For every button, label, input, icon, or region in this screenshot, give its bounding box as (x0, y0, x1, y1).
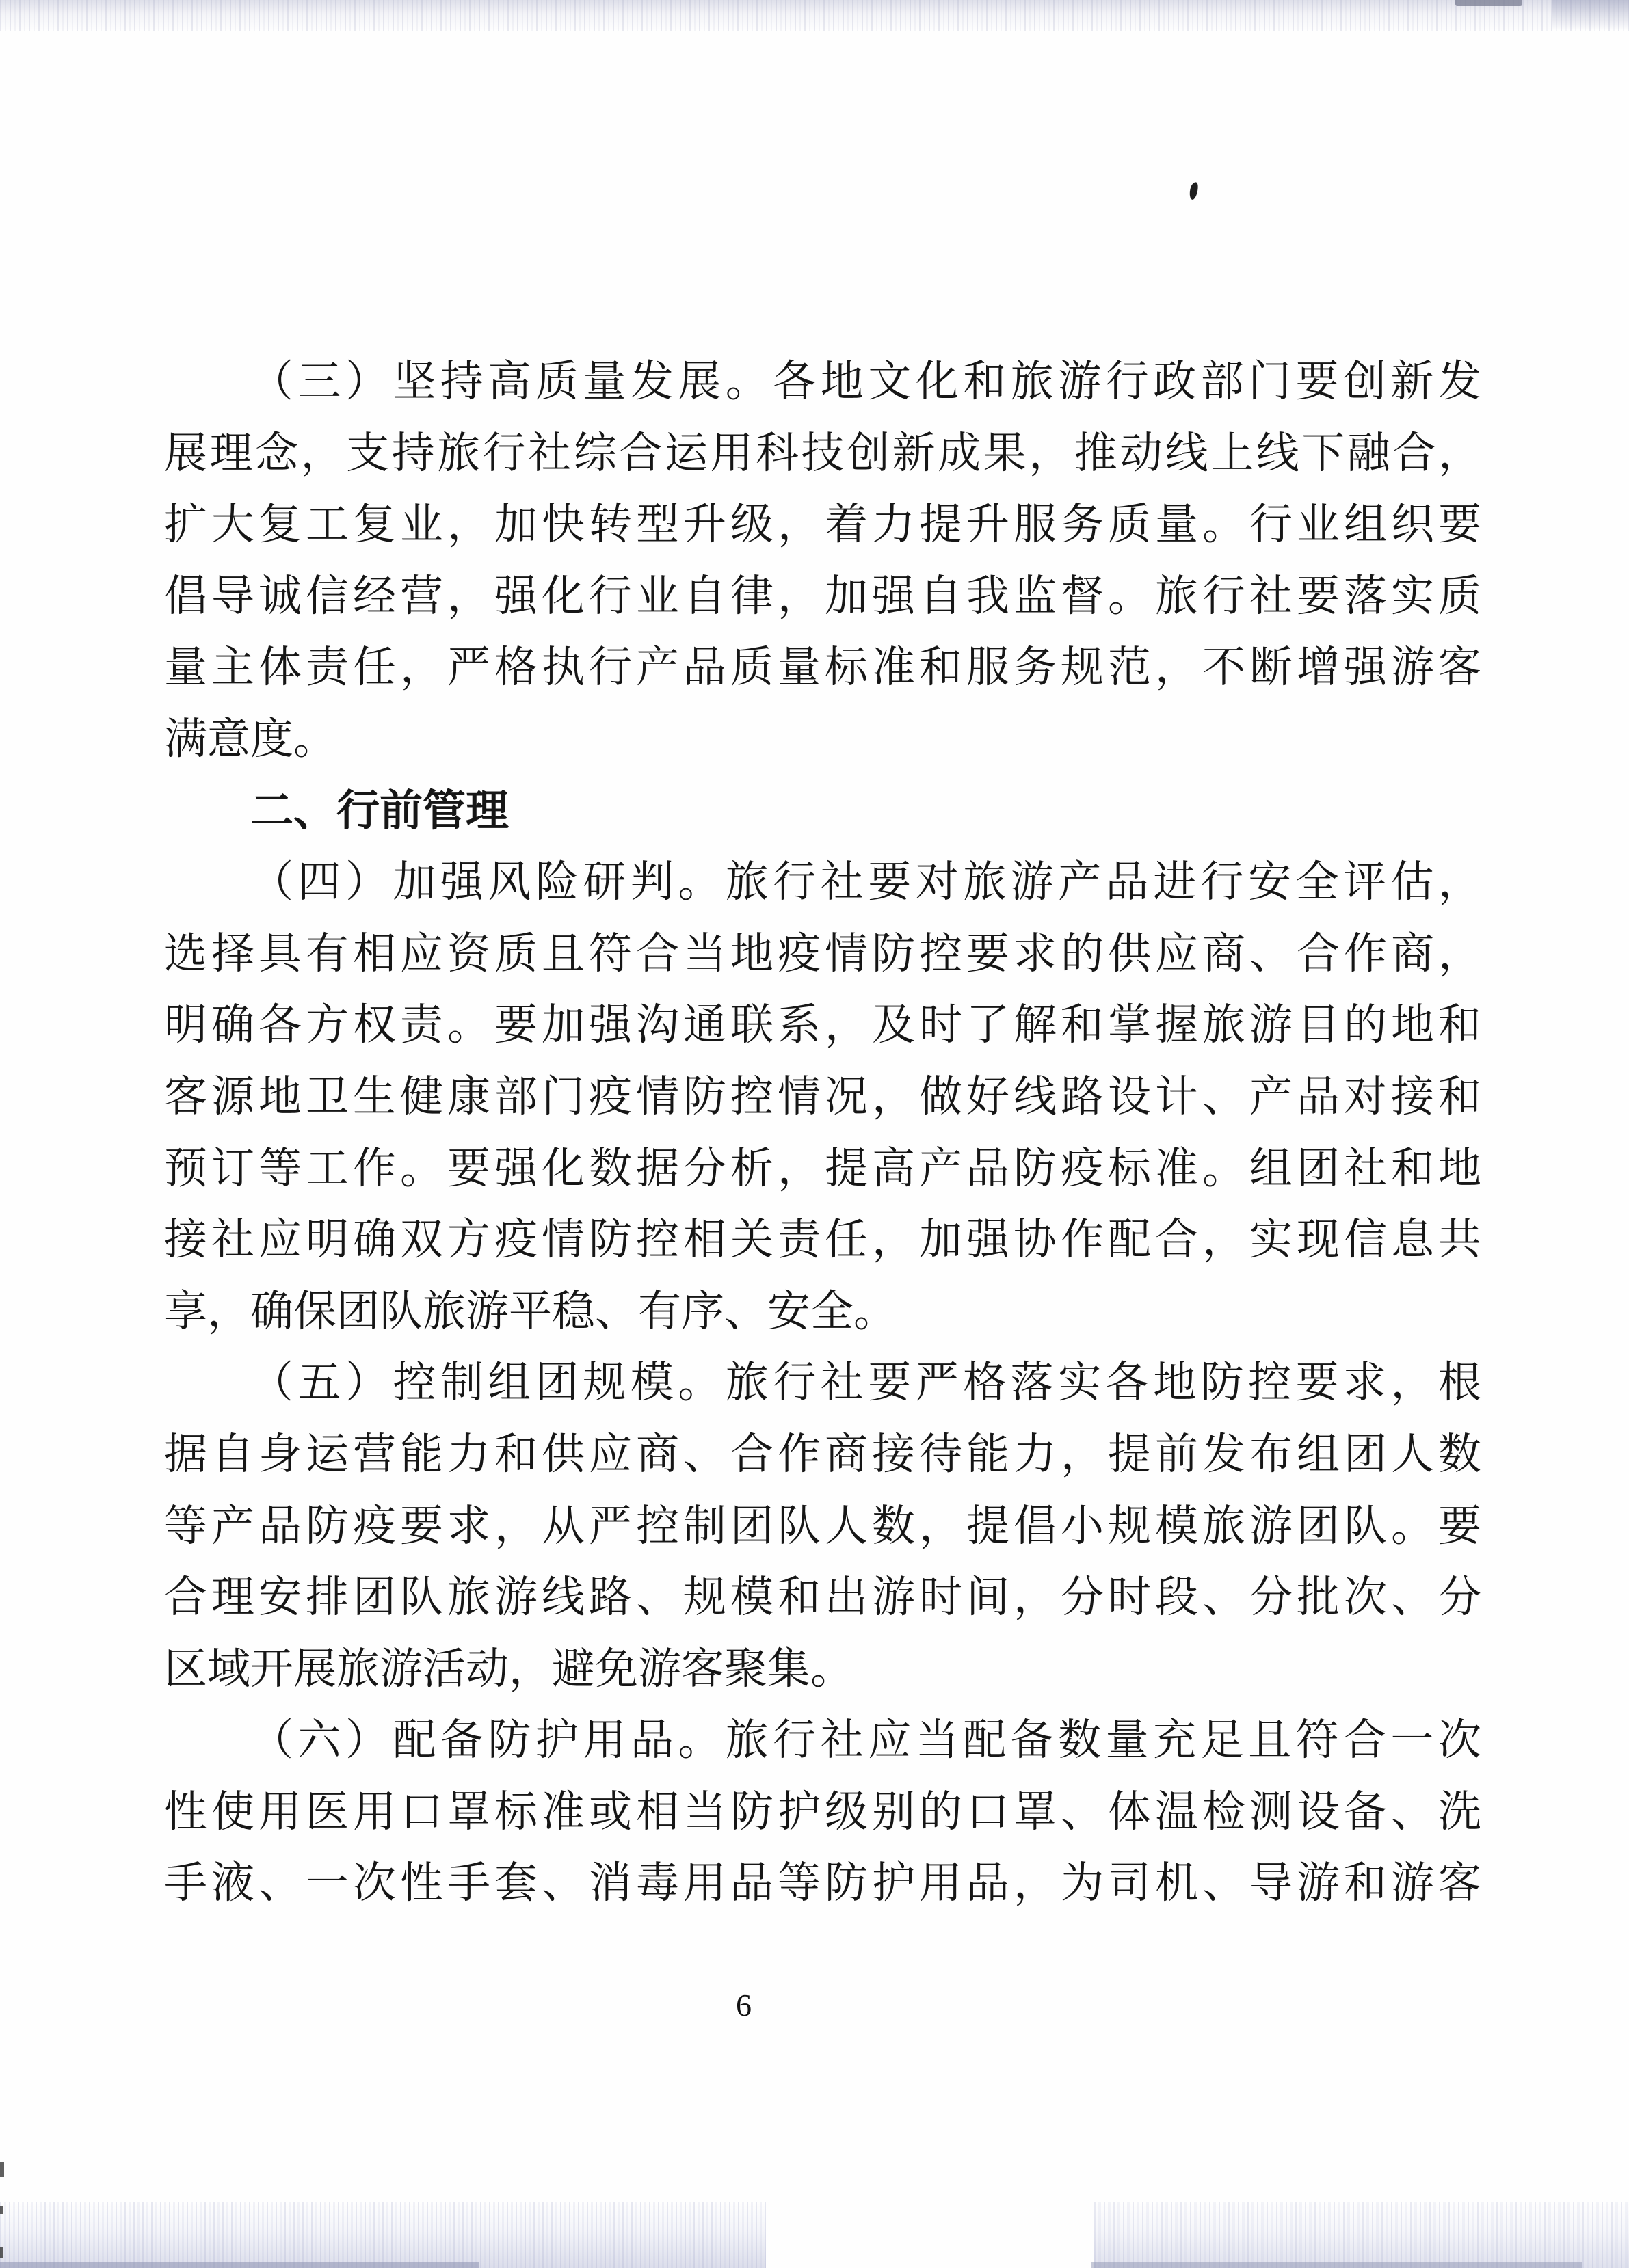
text-line: 选择具有相应资质且符合当地疫情防控要求的供应商、合作商， (164, 918, 1481, 990)
text-line: 区域开展旅游活动，避免游客聚集。 (164, 1633, 1481, 1705)
scan-edge-line-bottom-right (1091, 2262, 1582, 2268)
text-line: 扩大复工复业，加快转型升级，着力提升服务质量。行业组织要 (164, 489, 1481, 561)
scan-noise-band-top (0, 0, 1629, 31)
text-line: 接社应明确双方疫情防控相关责任，加强协作配合，实现信息共 (164, 1204, 1481, 1276)
scan-edge-tick (0, 2247, 3, 2258)
text-line: 等产品防疫要求，从严控制团队人数，提倡小规模旅游团队。要 (164, 1491, 1481, 1562)
document-body: （三）坚持高质量发展。各地文化和旅游行政部门要创新发展理念，支持旅行社综合运用科… (164, 346, 1481, 1919)
scan-dark-dash-top (1455, 0, 1522, 6)
text-line: 客源地卫生健康部门疫情防控情况，做好线路设计、产品对接和 (164, 1061, 1481, 1133)
text-line: 合理安排团队旅游线路、规模和出游时间，分时段、分批次、分 (164, 1562, 1481, 1633)
ink-speck (1188, 181, 1200, 200)
scan-noise-band-bottom-right (1094, 2202, 1629, 2268)
text-line: 预订等工作。要强化数据分析，提高产品防疫标准。组团社和地 (164, 1133, 1481, 1205)
text-line: 享，确保团队旅游平稳、有序、安全。 (164, 1276, 1481, 1348)
scan-noise-corner-top-right (1552, 0, 1629, 30)
text-line: 满意度。 (164, 704, 1481, 775)
section-heading: 二、行前管理 (164, 775, 1481, 847)
text-line: 手液、一次性手套、消毒用品等防护用品，为司机、导游和游客 (164, 1847, 1481, 1919)
scan-edge-line-bottom-left (0, 2262, 479, 2268)
text-line: 倡导诚信经营，强化行业自律，加强自我监督。旅行社要落实质 (164, 561, 1481, 632)
text-line: （四）加强风险研判。旅行社要对旅游产品进行安全评估， (164, 846, 1481, 918)
text-line: 展理念，支持旅行社综合运用科技创新成果，推动线上线下融合， (164, 418, 1481, 490)
text-line: （六）配备防护用品。旅行社应当配备数量充足且符合一次 (164, 1705, 1481, 1776)
text-line: 明确各方权责。要加强沟通联系，及时了解和掌握旅游目的地和 (164, 989, 1481, 1061)
scan-noise-band-bottom-left (0, 2202, 766, 2268)
page-number: 6 (736, 1987, 752, 2023)
text-line: 量主体责任，严格执行产品质量标准和服务规范，不断增强游客 (164, 632, 1481, 704)
text-line: （五）控制组团规模。旅行社要严格落实各地防控要求，根 (164, 1347, 1481, 1419)
scan-edge-tick (0, 2206, 3, 2214)
scan-edge-tick (0, 2162, 4, 2177)
text-line: 据自身运营能力和供应商、合作商接待能力，提前发布组团人数 (164, 1419, 1481, 1491)
text-line: 性使用医用口罩标准或相当防护级别的口罩、体温检测设备、洗 (164, 1776, 1481, 1848)
text-line: （三）坚持高质量发展。各地文化和旅游行政部门要创新发 (164, 346, 1481, 418)
document-page: （三）坚持高质量发展。各地文化和旅游行政部门要创新发展理念，支持旅行社综合运用科… (0, 0, 1629, 2268)
